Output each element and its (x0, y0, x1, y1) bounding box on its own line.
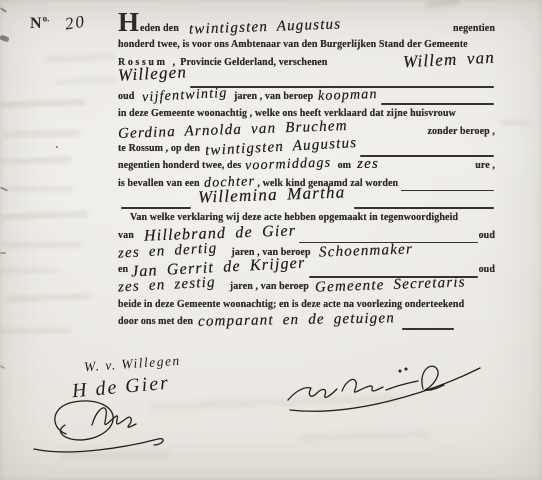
body-lines: Heden dentwintigsten Augustusnegentienho… (118, 22, 495, 333)
handwritten-entry: twintigsten Augustus (205, 143, 357, 151)
printed-text: oud (479, 264, 495, 275)
bleedthrough-mark (2, 130, 80, 137)
bleedthrough-mark (45, 53, 115, 63)
handwritten-entry: Willegen (118, 72, 187, 76)
edge-ink-mark (0, 35, 10, 43)
bleedthrough-mark (5, 186, 73, 191)
act-line: zes en zestigjaren , van beroepGemeente … (118, 281, 495, 298)
printed-text: om (338, 160, 352, 171)
bleedthrough-mark (425, 0, 460, 9)
bleedthrough-mark (300, 430, 430, 443)
handwritten-entry: Willemina Martha (198, 192, 345, 197)
edge-ink-mark (0, 186, 8, 191)
signature-official (282, 358, 487, 416)
handwritten-entry: koopman (318, 95, 378, 97)
act-number-label: N (30, 15, 43, 32)
fill-in-rule (121, 207, 191, 209)
bleedthrough-mark (2, 242, 82, 247)
printed-text: beide in deze Gemeente woonachtig; en is… (118, 299, 464, 310)
printed-text: honderd twee, is voor ons Ambtenaar van … (118, 39, 468, 50)
handwritten-entry: Gemeente Secretaris (315, 283, 466, 288)
handwritten-entry: zes en zestig (118, 283, 216, 288)
handwritten-entry: voormiddags (245, 164, 331, 167)
handwritten-entry: twintigsten Augustus (189, 24, 341, 29)
fill-in-rule (360, 155, 494, 157)
bleedthrough-mark (0, 268, 58, 273)
edge-ink-mark (0, 7, 7, 13)
fill-in-rule (402, 328, 454, 330)
signature-flourish (30, 394, 180, 458)
handwritten-entry: vijfentwintig (142, 94, 227, 98)
fill-in-rule (401, 190, 494, 192)
printed-text: in deze Gemeente woonachtig , welke ons … (118, 108, 456, 119)
bleedthrough-mark (0, 328, 70, 333)
printed-text: door ons met den (118, 316, 193, 327)
act-line: Heden dentwintigsten Augustusnegentien (118, 22, 495, 39)
bleedthrough-mark (6, 294, 90, 302)
printed-text: zonder beroep , (427, 126, 495, 137)
handwritten-entry: Willem van (403, 57, 495, 62)
printed-text: Provincie Gelderland, verschenen (178, 57, 328, 68)
bleedthrough-mark (0, 100, 86, 108)
fill-in-rule (354, 207, 494, 209)
handwritten-entry: Hillebrand de Gier (144, 231, 296, 236)
printed-text: negentien (453, 23, 495, 34)
bleedthrough-mark (55, 76, 115, 85)
printed-text: en (118, 264, 128, 275)
handwritten-entry: comparant en de getuigen (198, 318, 395, 321)
bleedthrough-mark (500, 120, 530, 125)
printed-text: ure , (475, 160, 495, 171)
act-number: No.20 (30, 13, 86, 33)
edge-ink-mark (0, 365, 5, 369)
printed-text: jaren , van beroep (234, 91, 313, 102)
act-line: door ons met dencomparant en de getuigen (118, 316, 495, 333)
act-line: oudvijfentwintigjaren , van beroepkoopma… (118, 91, 495, 108)
ink-speck (56, 146, 58, 148)
printed-text: oud (118, 91, 134, 102)
printed-text: negentien honderd twee, des (118, 160, 241, 171)
handwritten-entry: dochter (204, 182, 255, 184)
bleedthrough-mark (0, 157, 72, 165)
printed-text: oud (479, 230, 495, 241)
act-line: Willemina Martha (118, 195, 495, 212)
printed-text: te Rossum , op den (118, 143, 200, 154)
handwritten-entry: Schoenmaker (319, 249, 413, 252)
handwritten-entry: Jan Gerrit de Krijger (131, 264, 305, 273)
printed-text: jaren , van beroep (230, 281, 309, 292)
handwritten-entry: zes en dertig (118, 248, 217, 253)
fill-in-rule (381, 103, 494, 105)
handwritten-entry: Gerdina Arnolda van Bruchem (118, 126, 348, 134)
act-line: negentien honderd twee, desvoormiddagsom… (118, 160, 495, 177)
edge-ink-mark (0, 252, 6, 254)
document-page: No.20 Heden dentwintigsten Augustusnegen… (0, 0, 542, 480)
act-number-value: 20 (64, 11, 88, 34)
printed-text: eden den (140, 23, 179, 34)
printed-text: van (118, 230, 134, 241)
printed-text: is bevallen van een (118, 178, 200, 189)
act-number-superscript: o. (43, 14, 50, 24)
bleedthrough-mark (0, 211, 88, 219)
